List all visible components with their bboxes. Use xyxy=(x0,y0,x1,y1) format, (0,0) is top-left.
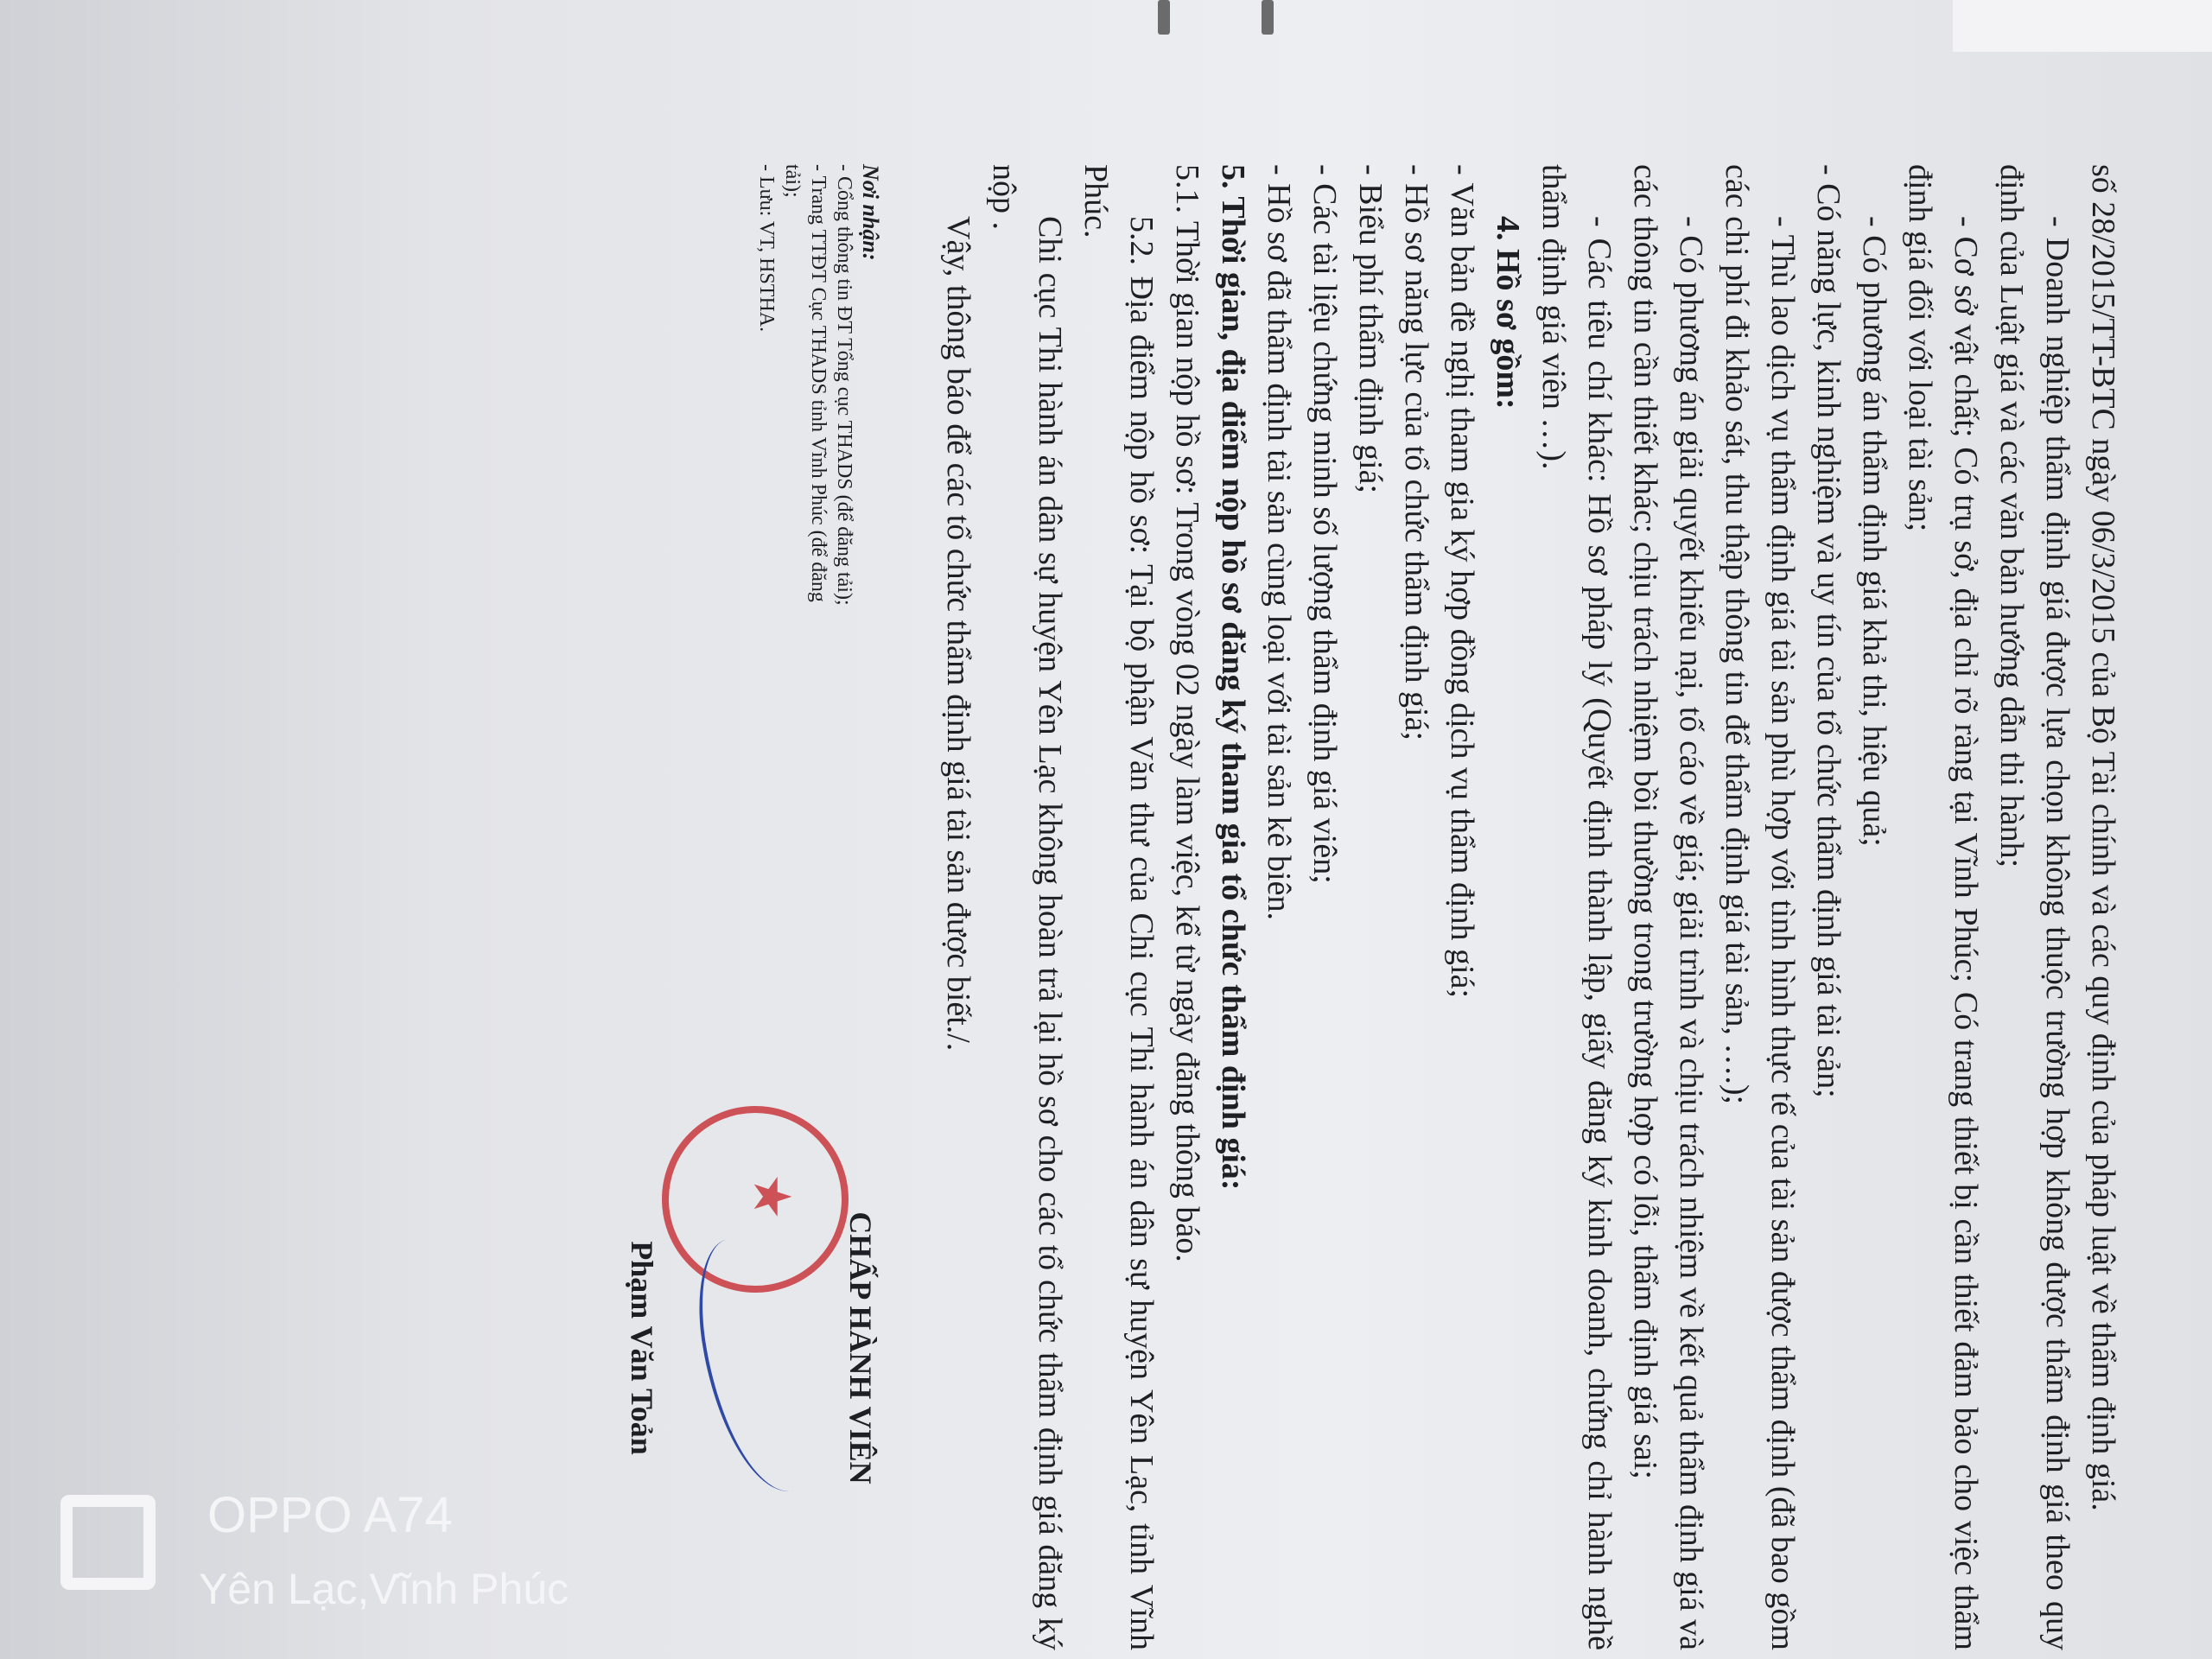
body-paragraph: - Biểu phí thẩm định giá; xyxy=(1347,164,1393,1650)
watermark-model: OPPO A74 xyxy=(207,1486,453,1544)
body-paragraph: - Văn bản đề nghị tham gia ký hợp đồng d… xyxy=(1439,164,1484,1650)
recipient-item: - Trang TTĐT Cục THADS tỉnh Vĩnh Phúc (đ… xyxy=(779,164,831,613)
recipients-block: Nơi nhận: - Cổng thông tin ĐT Tổng cục T… xyxy=(619,164,883,613)
body-paragraph: Vậy, thông báo để các tổ chức thẩm định … xyxy=(935,164,981,1650)
body-paragraph: số 28/2015/TT-BTC ngày 06/3/2015 của Bộ … xyxy=(2080,164,2126,1650)
document-footer: Nơi nhận: - Cổng thông tin ĐT Tổng cục T… xyxy=(619,164,883,1650)
camera-brand-icon xyxy=(60,1495,156,1590)
body-paragraph: - Có năng lực, kinh nghiệm và uy tín của… xyxy=(1805,164,1851,1650)
body-paragraph: - Hồ sơ năng lực của tổ chức thẩm định g… xyxy=(1393,164,1439,1650)
underlying-page-edge xyxy=(1953,0,2212,52)
section-heading: 5. Thời gian, địa điểm nộp hồ sơ đăng ký… xyxy=(1210,164,1255,1650)
signer-name: Phạm Văn Toản xyxy=(619,1046,664,1650)
watermark-location: Yên Lạc,Vĩnh Phúc xyxy=(199,1564,569,1614)
recipient-item: - Lưu: VT, HSTHA. xyxy=(753,164,779,613)
body-paragraph: - Cơ sở vật chất; Có trụ sở, địa chỉ rõ … xyxy=(1897,164,1988,1650)
signature-block: CHẤP HÀNH VIÊN Phạm Văn Toản xyxy=(619,1046,883,1650)
body-paragraph: Chi cục Thi hành án dân sự huyện Yên Lạc… xyxy=(981,164,1072,1650)
body-paragraph: - Có phương án thẩm định giá khả thi, hi… xyxy=(1851,164,1897,1650)
body-paragraph: 5.1. Thời gian nộp hồ sơ: Trong vòng 02 … xyxy=(1164,164,1210,1650)
body-paragraph: - Hồ sơ đã thẩm định tài sản cùng loại v… xyxy=(1255,164,1301,1650)
body-paragraph: - Doanh nghiệp thẩm định giá được lựa ch… xyxy=(1988,164,2080,1650)
document-body: số 28/2015/TT-BTC ngày 06/3/2015 của Bộ … xyxy=(935,164,2126,1650)
signer-role: CHẤP HÀNH VIÊN xyxy=(837,1046,883,1650)
section-heading: 4. Hồ sơ gồm: xyxy=(1484,164,1530,1650)
recipients-title: Nơi nhận: xyxy=(857,164,883,613)
body-paragraph: 5.2. Địa điểm nộp hồ sơ: Tại bộ phận Văn… xyxy=(1072,164,1164,1650)
document-photo: số 28/2015/TT-BTC ngày 06/3/2015 của Bộ … xyxy=(0,0,2212,1659)
binder-clip xyxy=(1262,0,1274,35)
binder-clip xyxy=(1158,0,1170,35)
body-paragraph: - Các tiêu chí khác: Hồ sơ pháp lý (Quyế… xyxy=(1530,164,1622,1650)
rotated-document-page: số 28/2015/TT-BTC ngày 06/3/2015 của Bộ … xyxy=(812,164,2126,1650)
body-paragraph: - Các tài liệu chứng minh số lượng thẩm … xyxy=(1301,164,1347,1650)
body-paragraph: - Thù lao dịch vụ thẩm định giá tài sản … xyxy=(1713,164,1805,1650)
recipient-item: - Cổng thông tin ĐT Tổng cục THADS (để đ… xyxy=(831,164,857,613)
body-paragraph: - Có phương án giải quyết khiếu nại, tố … xyxy=(1622,164,1713,1650)
